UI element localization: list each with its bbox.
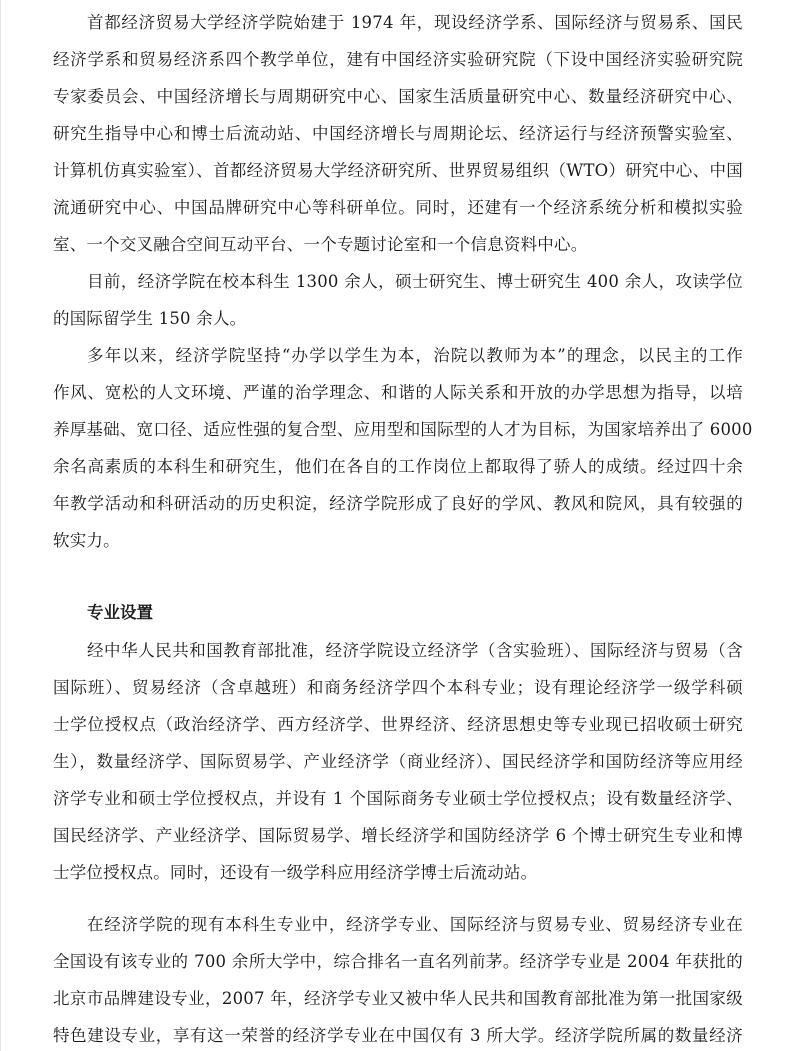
- paragraph-3-line-4: 余名高素质的本科生和研究生，他们在各自的工作岗位上都取得了骄人的成绩。经过四十余: [53, 448, 743, 485]
- paragraph-1-line-3: 专家委员会、中国经济增长与周期研究中心、国家生活质量研究中心、数量经济研究中心、: [53, 78, 743, 115]
- section-paragraph-1-line-3: 士学位授权点（政治经济学、西方经济学、世界经济、经济思想史等专业现已招收硕士研究: [53, 706, 743, 743]
- paragraph-2-line-2: 的国际留学生 150 余人。: [53, 300, 743, 337]
- paragraph-3-line-3: 养厚基础、宽口径、适应性强的复合型、应用型和国际型的人才为目标，为国家培养出了 …: [53, 411, 743, 448]
- paragraph-1-line-2: 经济学系和贸易经济系四个教学单位，建有中国经济实验研究院（下设中国经济实验研究院: [53, 41, 743, 78]
- paragraph-3-line-2: 作风、宽松的人文环境、严谨的治学理念、和谐的人际关系和开放的办学思想为指导，以培: [53, 374, 743, 411]
- section-paragraph-2-line-3: 北京市品牌建设专业，2007 年，经济学专业又被中华人民共和国教育部批准为第一批…: [53, 980, 743, 1017]
- document-page: 首都经济贸易大学经济学院始建于 1974 年，现设经济学系、国际经济与贸易系、国…: [0, 0, 794, 1051]
- section-paragraph-1-line-7: 士学位授权点。同时，还设有一级学科应用经济学博士后流动站。: [53, 854, 743, 891]
- section-paragraph-2-line-4: 特色建设专业，享有这一荣誉的经济学专业在中国仅有 3 所大学。经济学院所属的数量…: [53, 1017, 743, 1051]
- paragraph-3-line-1: 多年以来，经济学院坚持“办学以学生为本，治院以教师为本”的理念，以民主的工作: [87, 337, 743, 374]
- paragraph-1-line-6: 流通研究中心、中国品牌研究中心等科研单位。同时，还建有一个经济系统分析和模拟实验: [53, 189, 743, 226]
- paragraph-1-line-4: 研究生指导中心和博士后流动站、中国经济增长与周期论坛、经济运行与经济预警实验室、: [53, 115, 743, 152]
- paragraph-1-line-5: 计算机仿真实验室）、首都经济贸易大学经济研究所、世界贸易组织（WTO）研究中心、…: [53, 152, 743, 189]
- section-paragraph-1-line-5: 济学专业和硕士学位授权点，并设有 1 个国际商务专业硕士学位授权点；设有数量经济…: [53, 780, 743, 817]
- paragraph-1-line-1: 首都经济贸易大学经济学院始建于 1974 年，现设经济学系、国际经济与贸易系、国…: [87, 4, 743, 41]
- section-paragraph-2-line-1: 在经济学院的现有本科生专业中，经济学专业、国际经济与贸易专业、贸易经济专业在: [87, 906, 743, 943]
- section-paragraph-1-line-4: 生），数量经济学、国际贸易学、产业经济学（商业经济）、国民经济学和国防经济等应用…: [53, 743, 743, 780]
- section-paragraph-1-line-1: 经中华人民共和国教育部批准，经济学院设立经济学（含实验班）、国际经济与贸易（含: [87, 632, 743, 669]
- paragraph-3-line-6: 软实力。: [53, 522, 743, 559]
- paragraph-3-line-5: 年教学活动和科研活动的历史积淀，经济学院形成了良好的学风、教风和院风，具有较强的: [53, 485, 743, 522]
- section-heading: 专业设置: [87, 594, 153, 631]
- section-paragraph-1-line-6: 国民经济学、产业经济学、国际贸易学、增长经济学和国防经济学 6 个博士研究生专业…: [53, 817, 743, 854]
- paragraph-1-line-7: 室、一个交叉融合空间互动平台、一个专题讨论室和一个信息资料中心。: [53, 226, 743, 263]
- section-paragraph-1-line-2: 国际班）、贸易经济（含卓越班）和商务经济学四个本科专业；设有理论经济学一级学科硕: [53, 669, 743, 706]
- section-paragraph-2-line-2: 全国设有该专业的 700 余所大学中，综合排名一直名列前茅。经济学专业是 200…: [53, 943, 743, 980]
- paragraph-2-line-1: 目前，经济学院在校本科生 1300 余人，硕士研究生、博士研究生 400 余人，…: [87, 263, 743, 300]
